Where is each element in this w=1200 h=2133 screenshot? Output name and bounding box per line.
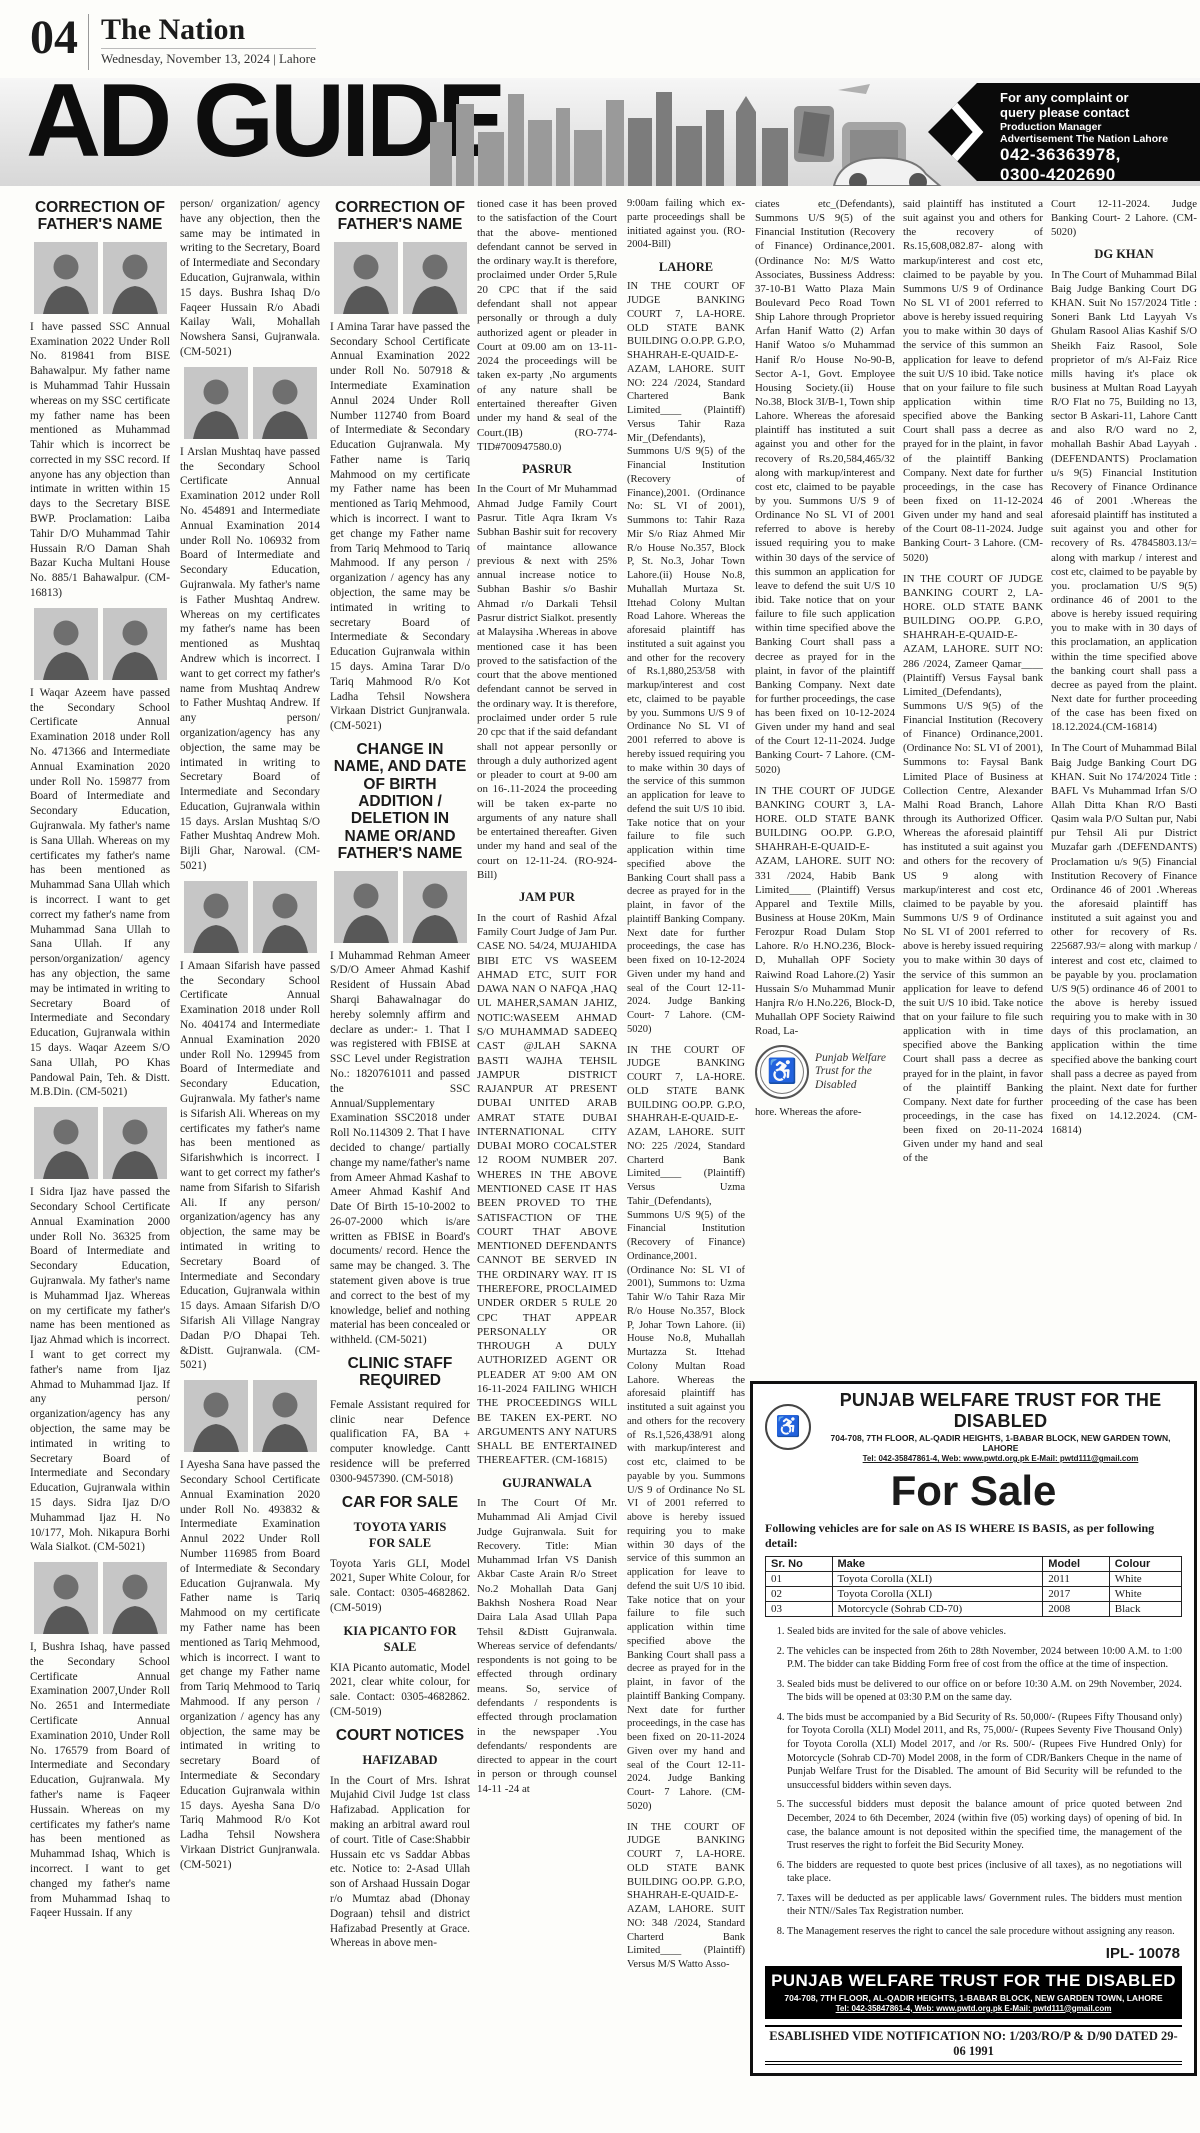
contact-line: Advertisement The Nation Lahore [1000,133,1168,145]
table-cell: Black [1109,1602,1181,1617]
news-column-5: 9:00am failing which ex-parte proceeding… [627,197,745,2127]
place-heading: HAFIZABAD [330,1752,470,1768]
applicant-photos [180,1380,320,1452]
photo-applicant [403,871,467,943]
table-header: Sr. No [766,1557,833,1572]
city-skyline-graphic [430,82,950,186]
trust-footer-address: 704-708, 7TH FLOOR, AL-QADIR HEIGHTS, 1-… [769,1993,1178,2003]
contact-phone: 042-36363978, [1000,145,1168,165]
contact-line: For any complaint or [1000,91,1168,106]
table-cell: 03 [766,1602,833,1617]
established-note: ESABLISHED VIDE NOTIFICATION NO: 1/203/R… [765,2025,1182,2065]
trust-header-text: PUNJAB WELFARE TRUST FOR THE DISABLED 70… [819,1390,1182,1463]
news-column-1: CORRECTION OF FATHER'S NAMEI have passed… [30,197,170,2127]
photo-father [34,242,98,314]
place-heading: JAM PUR [477,889,617,905]
ad-paragraph: Court 12-11-2024. Judge Banking Court- 2… [1051,197,1197,239]
term-item: The bidders are requested to quote best … [787,1859,1182,1886]
applicant-photos [330,242,470,314]
section-heading: CHANGE IN NAME, AND DATE OF BIRTH ADDITI… [330,741,470,863]
ad-paragraph: I Muhammad Rehman Ameer S/D/O Ameer Ahma… [330,949,470,1349]
ad-paragraph: hore. Whereas the afore- [755,1105,895,1119]
ad-paragraph: I Ayesha Sana have passed the Secondary … [180,1458,320,1872]
table-cell: 02 [766,1587,833,1602]
term-item: The successful bidders must deposit the … [787,1798,1182,1852]
complaint-ribbon: For any complaint or query please contac… [928,83,1200,181]
table-cell: Motorcycle (Sohrab CD-70) [832,1602,1043,1617]
contact-line: Production Manager [1000,121,1168,133]
ad-paragraph: IN THE COURT OF JUDGE BANKING COURT 2, L… [903,572,1043,1166]
section-heading: CAR FOR SALE [330,1494,470,1511]
photo-applicant [103,242,167,314]
ad-paragraph: I Sidra Ijaz have passed the Secondary S… [30,1185,170,1555]
ad-paragraph: I Waqar Azeem have passed the Secondary … [30,686,170,1100]
photo-applicant [253,1380,317,1452]
photo-applicant [103,1562,167,1634]
table-cell: White [1109,1587,1181,1602]
trust-seal-icon: ♿ [765,1404,811,1450]
ad-paragraph: In The Court of Muhammad Bilal Baig Judg… [1051,268,1197,735]
photo-father [34,608,98,680]
news-column-3: CORRECTION OF FATHER'S NAMEI Amina Tarar… [330,197,470,2127]
place-heading: KIA PICANTO FOR SALE [330,1623,470,1656]
table-cell: Toyota Corolla (XLI) [832,1587,1043,1602]
contact-phone: 0300-4202690 [1000,165,1168,185]
applicant-photos [30,608,170,680]
table-header: Make [832,1557,1043,1572]
term-item: The bids must be accompanied by a Bid Se… [787,1711,1182,1792]
ad-paragraph: In the Court of Mrs. Ishrat Mujahid Civi… [330,1774,470,1952]
photo-father [34,1107,98,1179]
trust-contact: Tel: 042-35847861-4, Web: www.pwtd.org.p… [819,1454,1182,1463]
applicant-photos [180,367,320,439]
table-cell: 2011 [1043,1572,1109,1587]
ad-paragraph: In the court of Rashid Afzal Family Cour… [477,911,617,1468]
ad-paragraph: In The Court of Muhammad Bilal Baig Judg… [1051,741,1197,1137]
ad-paragraph: I, Bushra Ishaq, have passed the Seconda… [30,1640,170,1921]
trust-emblem: ♿Punjab Welfare Trust for the Disabled [755,1045,895,1099]
section-heading: CLINIC STAFF REQUIRED [330,1355,470,1390]
arrow-right-icon [950,101,984,163]
term-item: The vehicles can be inspected from 26th … [787,1645,1182,1672]
masthead-divider [88,14,89,70]
trust-header: ♿ PUNJAB WELFARE TRUST FOR THE DISABLED … [765,1390,1182,1463]
ipl-code: IPL- 10078 [765,1945,1180,1962]
news-column-4: tioned case it has been proved to the sa… [477,197,617,2127]
trust-emblem-script: Punjab Welfare Trust for the Disabled [815,1052,895,1093]
paper-title: The Nation [101,14,316,46]
page-number: 04 [30,14,88,62]
ad-paragraph: IN THE COURT OF JUDGE BANKING COURT 7, L… [627,1821,745,1972]
trust-name: PUNJAB WELFARE TRUST FOR THE DISABLED [819,1390,1182,1432]
ad-paragraph: I Amaan Sifarish have passed the Seconda… [180,959,320,1373]
ad-paragraph: KIA Picanto automatic, Model 2021, clear… [330,1661,470,1720]
place-heading: LAHORE [627,259,745,275]
ad-paragraph: 9:00am failing which ex-parte proceeding… [627,197,745,252]
ad-paragraph: In The Court Of Mr. Muhammad Ali Amjad C… [477,1496,617,1796]
term-item: The Management reserves the right to can… [787,1925,1182,1939]
vehicles-table: Sr. NoMakeModelColour01Toyota Corolla (X… [765,1556,1182,1617]
place-heading: DG KHAN [1051,246,1197,262]
place-heading: TOYOTA YARIS FOR SALE [330,1519,470,1552]
term-item: Sealed bids must be delivered to our off… [787,1678,1182,1705]
ad-paragraph: IN THE COURT OF JUDGE BANKING COURT 7, L… [627,1044,745,1814]
applicant-photos [30,242,170,314]
applicant-photos [30,1107,170,1179]
term-item: Sealed bids are invited for the sale of … [787,1625,1182,1639]
photo-father [184,881,248,953]
news-column-2: person/ organization/ agency have any ob… [180,197,320,2127]
table-header: Model [1043,1557,1109,1572]
masthead-text: The Nation Wednesday, November 13, 2024 … [101,14,316,67]
ad-paragraph: I have passed SSC Annual Examination 202… [30,320,170,601]
photo-father [334,242,398,314]
table-row: 02Toyota Corolla (XLI)2017White [766,1587,1182,1602]
term-item: Taxes will be deducted as per applicable… [787,1892,1182,1919]
ad-paragraph: I Arslan Mushtaq have passed the Seconda… [180,445,320,874]
ad-paragraph: person/ organization/ agency have any ob… [180,197,320,360]
table-cell: 2017 [1043,1587,1109,1602]
complaint-contact: For any complaint or query please contac… [1000,91,1168,184]
ad-paragraph: said plaintiff has instituted a suit aga… [903,197,1043,565]
ad-guide-banner: AD GUIDE For any c [0,78,1200,186]
photo-father [34,1562,98,1634]
ad-paragraph: Female Assistant required for clinic nea… [330,1398,470,1487]
place-heading: GUJRANWALA [477,1475,617,1491]
ad-paragraph: I Amina Tarar have passed the Secondary … [330,320,470,734]
trust-address: 704-708, 7TH FLOOR, AL-QADIR HEIGHTS, 1-… [819,1433,1182,1453]
table-cell: 01 [766,1572,833,1587]
photo-applicant [103,1107,167,1179]
table-header: Colour [1109,1557,1181,1572]
photo-applicant [103,608,167,680]
trust-footer-banner: PUNJAB WELFARE TRUST FOR THE DISABLED 70… [765,1966,1182,2019]
photo-father [184,367,248,439]
section-heading: CORRECTION OF FATHER'S NAME [330,199,470,234]
applicant-photos [30,1562,170,1634]
photo-applicant [253,881,317,953]
section-heading: CORRECTION OF FATHER'S NAME [30,199,170,234]
ad-paragraph: ciates etc_(Defendants), Summons U/S 9(5… [755,197,895,777]
place-heading: PASRUR [477,461,617,477]
ad-paragraph: Toyota Yaris GLI, Model 2021, Super Whit… [330,1557,470,1616]
ad-paragraph: IN THE COURT OF JUDGE BANKING COURT 7, L… [627,280,745,1036]
contact-line: query please contact [1000,106,1168,121]
news-column-8: Court 12-11-2024. Judge Banking Court- 2… [1051,197,1197,1375]
ad-paragraph: In the Court of Mr Muhammad Ahmad Judge … [477,482,617,882]
trust-footer-contact: Tel: 042-35847861-4, Web: www.pwtd.org.p… [769,2004,1178,2013]
trust-seal-icon: ♿ [755,1045,809,1099]
table-cell: White [1109,1572,1181,1587]
dateline: Wednesday, November 13, 2024 | Lahore [101,48,316,67]
table-cell: Toyota Corolla (XLI) [832,1572,1043,1587]
photo-applicant [253,367,317,439]
applicant-photos [180,881,320,953]
news-column-7: said plaintiff has instituted a suit aga… [903,197,1043,1375]
table-cell: 2008 [1043,1602,1109,1617]
applicant-photos [330,871,470,943]
photo-applicant [403,242,467,314]
ad-paragraph: IN THE COURT OF JUDGE BANKING COURT 3, L… [755,784,895,1039]
section-heading: COURT NOTICES [330,1727,470,1744]
for-sale-title: For Sale [765,1467,1182,1515]
masthead: 04 The Nation Wednesday, November 13, 20… [30,14,316,70]
news-column-6: ciates etc_(Defendants), Summons U/S 9(5… [755,197,895,1375]
table-row: 01Toyota Corolla (XLI)2011White [766,1572,1182,1587]
ad-paragraph: tioned case it has been proved to the sa… [477,197,617,454]
photo-father [184,1380,248,1452]
terms-list: Sealed bids are invited for the sale of … [765,1625,1182,1939]
trust-footer-name: PUNJAB WELFARE TRUST FOR THE DISABLED [769,1971,1178,1991]
for-sale-notice-box: ♿ PUNJAB WELFARE TRUST FOR THE DISABLED … [750,1381,1197,2076]
table-row: 03Motorcycle (Sohrab CD-70)2008Black [766,1602,1182,1617]
for-sale-intro: Following vehicles are for sale on AS IS… [765,1521,1182,1551]
photo-father [334,871,398,943]
